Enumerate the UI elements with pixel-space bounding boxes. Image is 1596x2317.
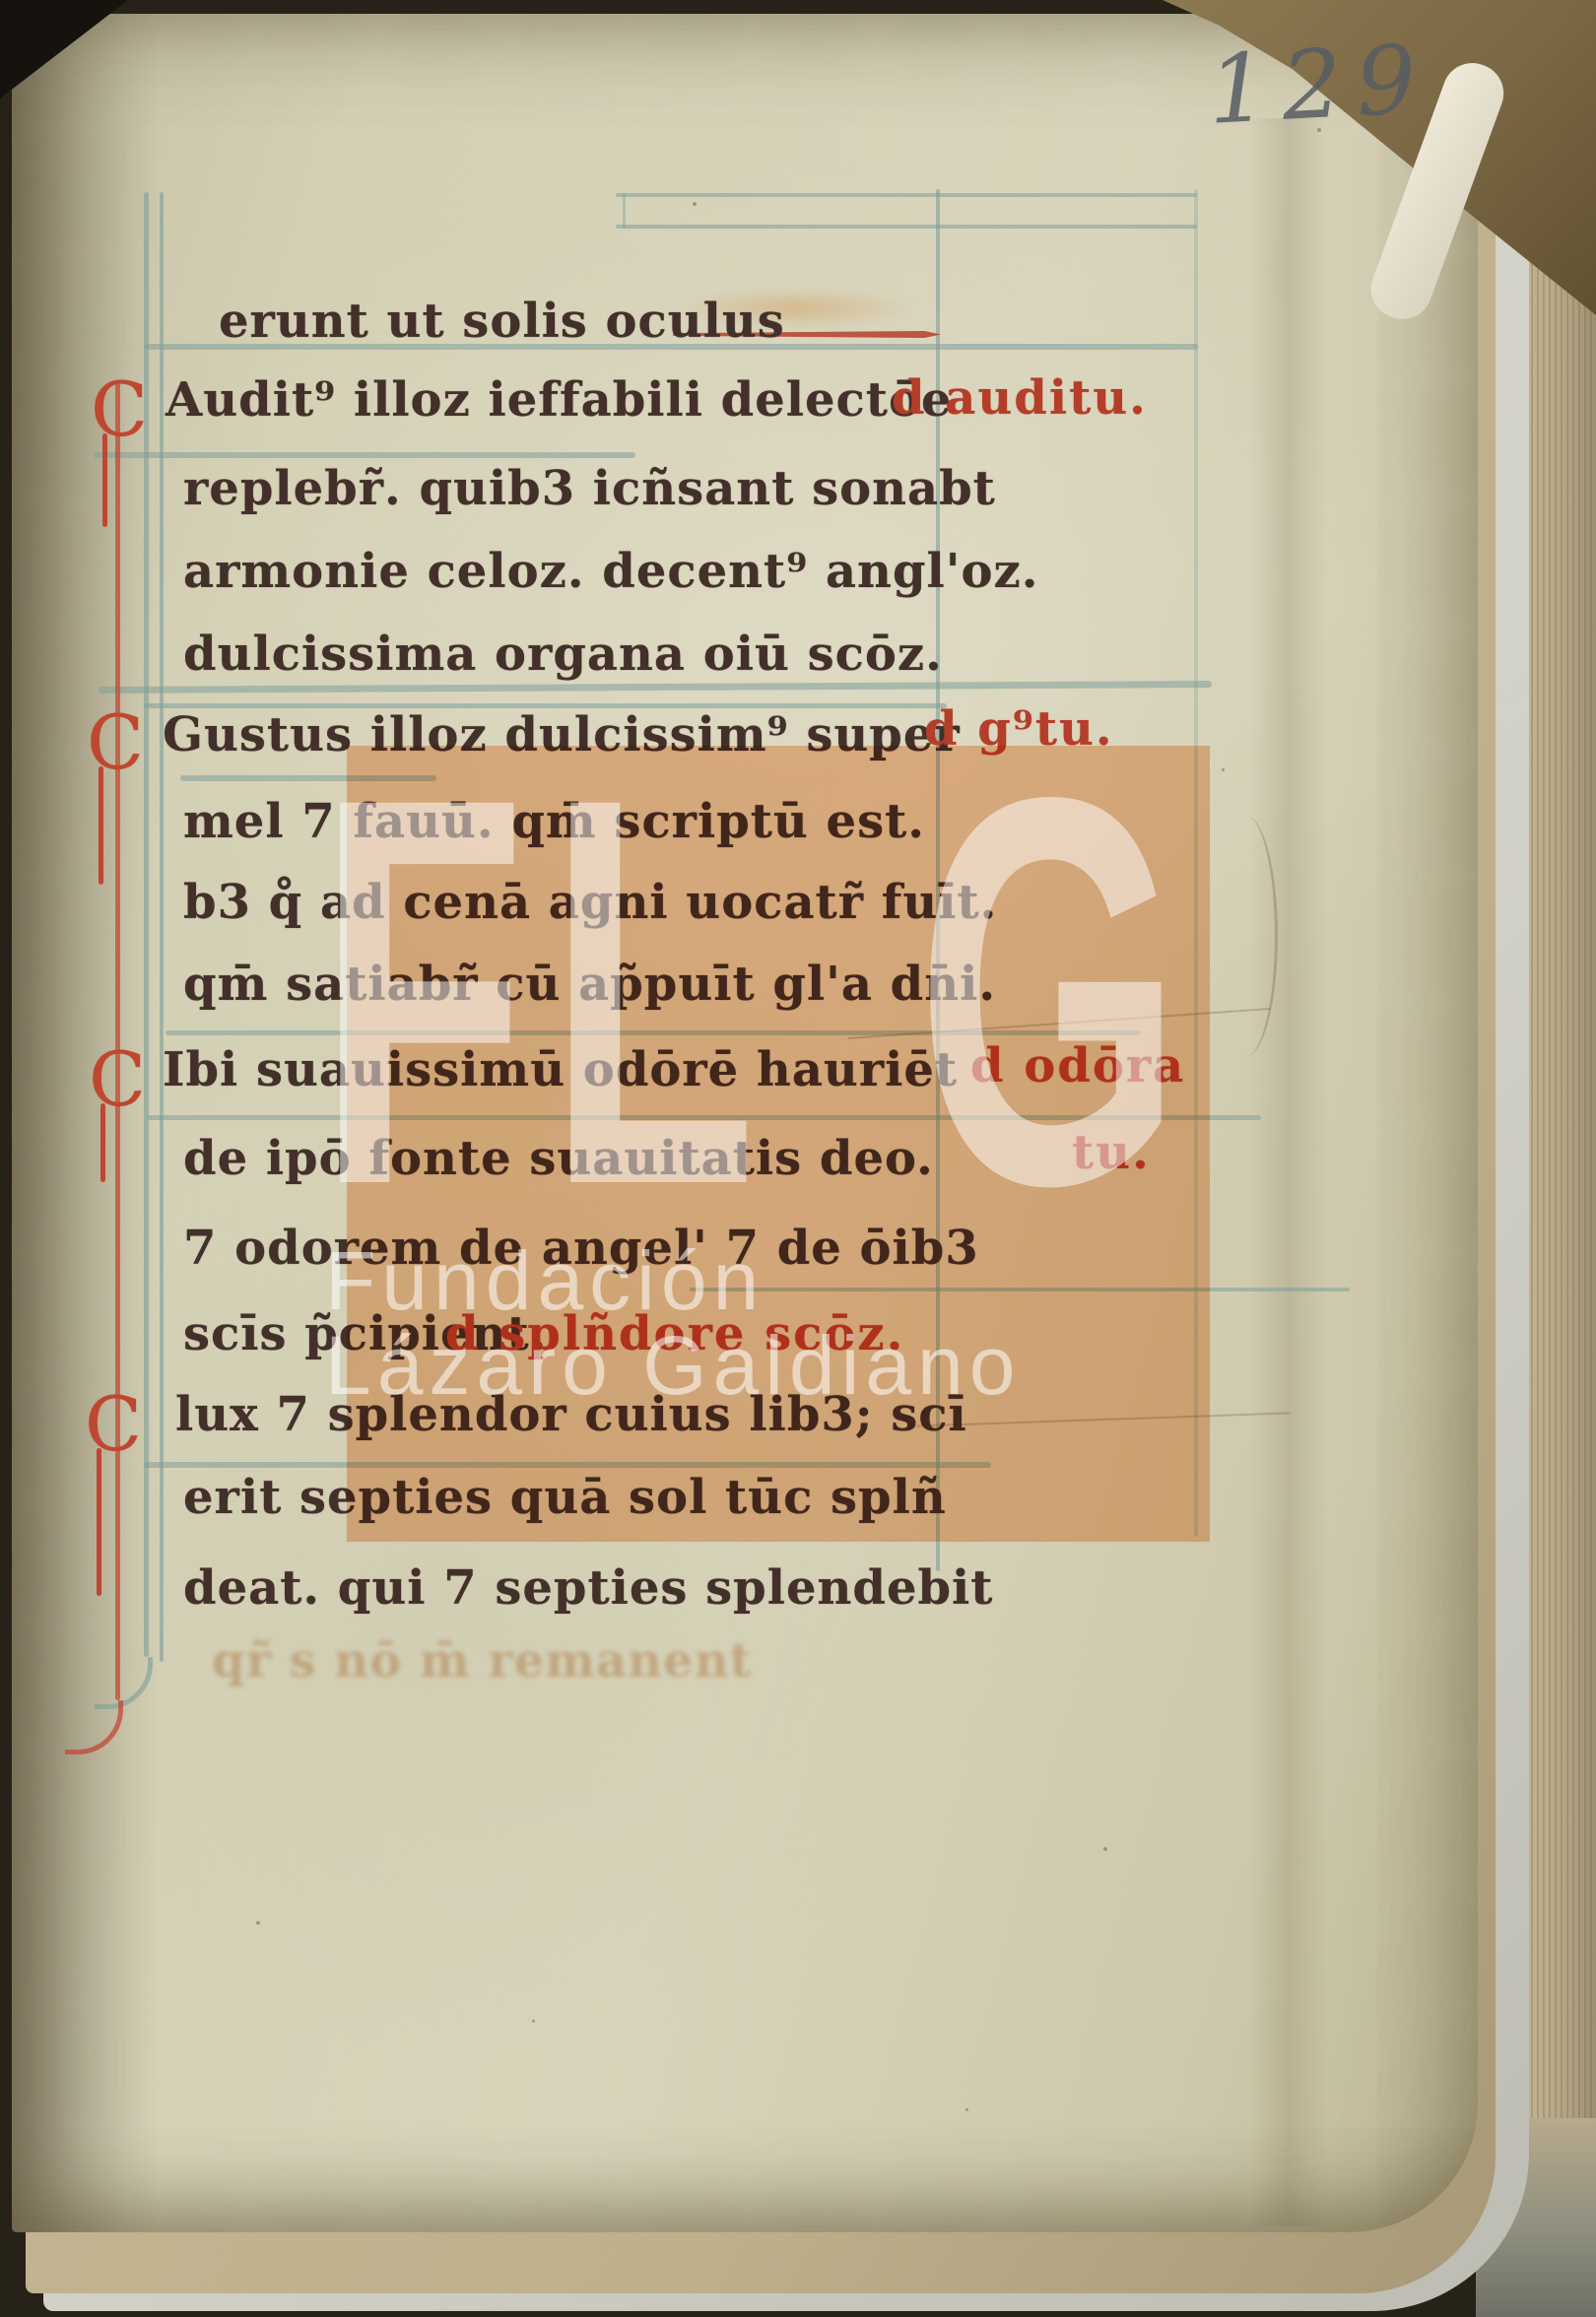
pilcrow-mark: C [89,1042,146,1117]
pilcrow-mark: C [91,372,148,447]
manuscript-text-line: dulcissima organa oiū scōz. [183,630,943,678]
rubric-de-auditu: d auditu. [892,374,1148,422]
manuscript-text-line: replebr̃. quib3 icñsant sonabt [183,465,996,512]
pilcrow-mark: C [87,705,144,780]
watermark-letter-l: L [548,715,757,1267]
crease-mark [1214,816,1278,1056]
watermark-org-name-line2: Lázaro Galdiano [325,1324,1021,1407]
watermark-org-name-line1: Fundación [325,1239,765,1322]
manuscript-text-line: Audit⁹ illoz ieffabili delectōe [166,376,953,424]
manuscript-text-line: erunt ut solis oculus [219,298,785,345]
folio-number: 129 [1206,32,1432,138]
erased-text-line: qr̃ s nō m̄ remanent [212,1637,753,1685]
manuscript-text-line: armonie celoz. decent⁹ angl'oz. [183,548,1038,595]
manuscript-scan: C C C C erunt ut solis oculus Audit⁹ ill… [0,0,1596,2317]
page-crease-shadow [1249,118,1328,2226]
watermark-letter-g: G [916,715,1182,1267]
watermark-letter-f: F [317,715,526,1267]
manuscript-text-line: deat. qui 7 septies splendebit [183,1564,993,1612]
pilcrow-mark: C [85,1387,142,1462]
